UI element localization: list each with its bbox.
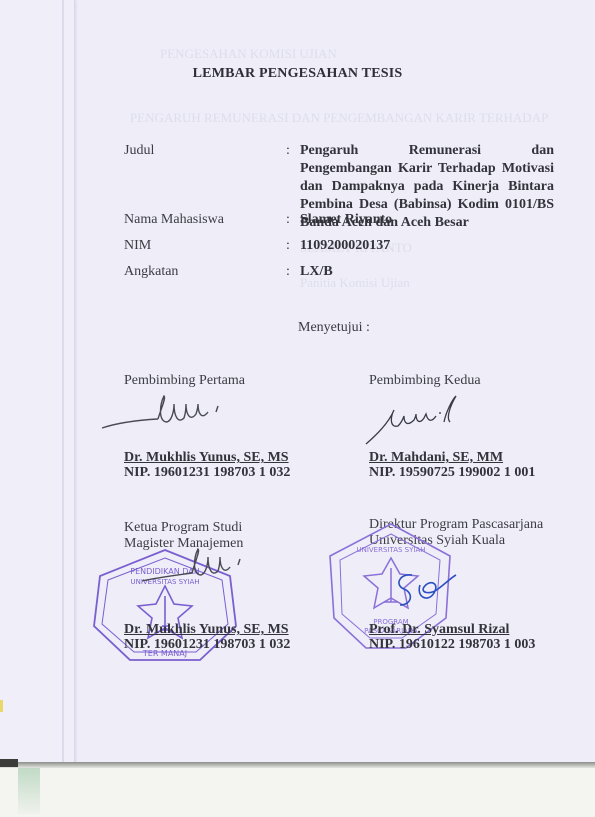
- signatory-3-name: Dr. Mukhlis Yunus, SE, MS: [124, 622, 289, 638]
- signature-2-icon: [360, 392, 480, 452]
- signatory-4-nip: NIP. 19610122 198703 1 003: [369, 637, 535, 653]
- page-fold: [62, 0, 64, 765]
- nama-label: Nama Mahasiswa: [124, 212, 224, 228]
- signatory-4-name: Prof. Dr. Syamsul Rizal: [369, 622, 509, 638]
- judul-label: Judul: [124, 143, 154, 159]
- signatory-1-role: Pembimbing Pertama: [124, 373, 245, 389]
- signatory-3-role: Ketua Program Studi: [124, 520, 242, 536]
- document-page: PENGESAHAN KOMISI UJIAN PENGARUH REMUNER…: [0, 0, 595, 765]
- colon: :: [286, 143, 290, 159]
- colon: :: [286, 264, 290, 280]
- approval-label: Menyetujui :: [298, 320, 370, 336]
- nim-value: 1109200020137: [300, 238, 390, 254]
- signature-4-icon: [390, 565, 460, 615]
- signatory-1-name: Dr. Mukhlis Yunus, SE, MS: [124, 450, 289, 466]
- svg-text:UNIVERSITAS SYIAH: UNIVERSITAS SYIAH: [356, 546, 425, 554]
- signatory-1-nip: NIP. 19601231 198703 1 032: [124, 465, 290, 481]
- nim-label: NIM: [124, 238, 151, 254]
- signatory-3-nip: NIP. 19601231 198703 1 032: [124, 637, 290, 653]
- angkatan-label: Angkatan: [124, 264, 178, 280]
- colon: :: [286, 238, 290, 254]
- bleed-through-text: PENGESAHAN KOMISI UJIAN: [160, 46, 337, 62]
- scan-background: [0, 768, 595, 817]
- colon: :: [286, 212, 290, 228]
- signatory-2-nip: NIP. 19590725 199002 1 001: [369, 465, 535, 481]
- document-title: LEMBAR PENGESAHAN TESIS: [0, 66, 595, 82]
- nama-value: Slamet Riyanto: [300, 212, 392, 228]
- signature-1-icon: [100, 392, 240, 442]
- page-marker: [0, 700, 3, 712]
- signatory-2-name: Dr. Mahdani, SE, MM: [369, 450, 503, 466]
- bleed-through-text: PENGARUH REMUNERASI DAN PENGEMBANGAN KAR…: [130, 110, 548, 126]
- signatory-2-role: Pembimbing Kedua: [369, 373, 481, 389]
- signature-3-icon: [140, 545, 250, 590]
- scan-artifact: [18, 768, 40, 814]
- angkatan-value: LX/B: [300, 264, 333, 280]
